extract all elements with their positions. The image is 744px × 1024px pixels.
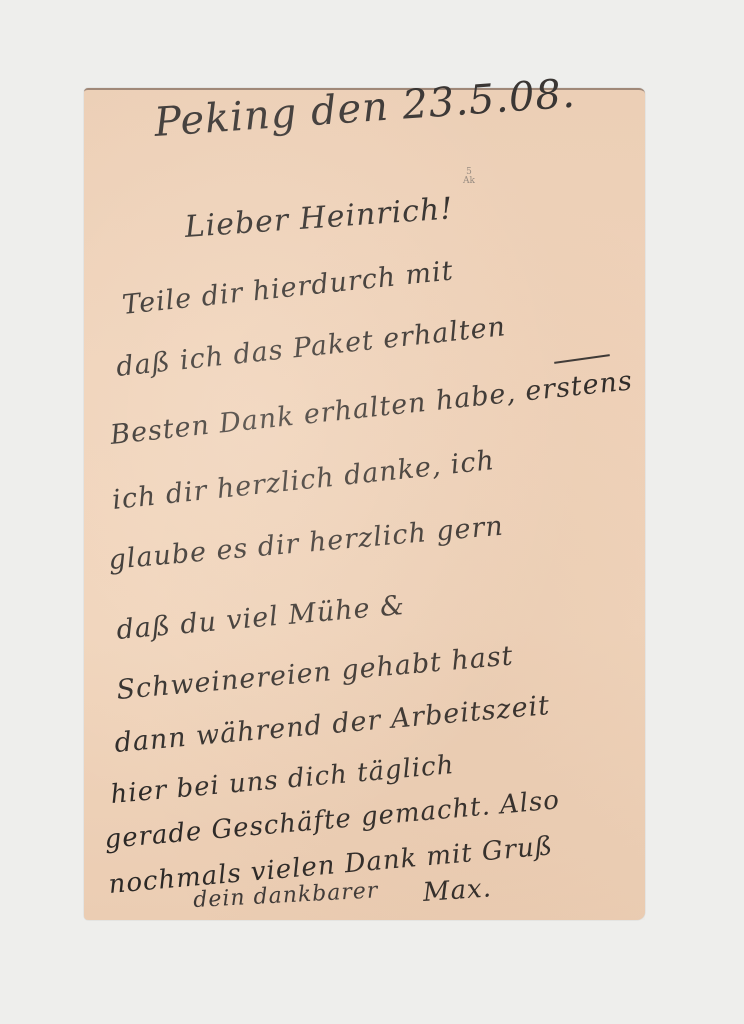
date-heading: Peking den 23.5.08. [153,71,577,146]
body-line: glaube es dir herzlich gern [107,511,505,576]
body-line: daß ich das Paket erhalten [115,311,508,383]
body-line: ich dir herzlich danke, ich [111,445,497,516]
body-line: daß du viel Mühe & [115,590,406,646]
body-line: Besten Dank erhalten habe, erstens [109,365,634,451]
greeting: Lieber Heinrich! [184,191,455,245]
pen-stroke [554,354,610,364]
postcard: 5 Ak Peking den 23.5.08. Lieber Heinrich… [84,88,645,920]
body-line: Teile dir hierdurch mit [121,255,455,321]
signature: Max. [422,873,493,908]
body-line: Schweinereien gehabt hast [115,640,514,706]
stamp-mark: 5 Ak [462,168,476,186]
